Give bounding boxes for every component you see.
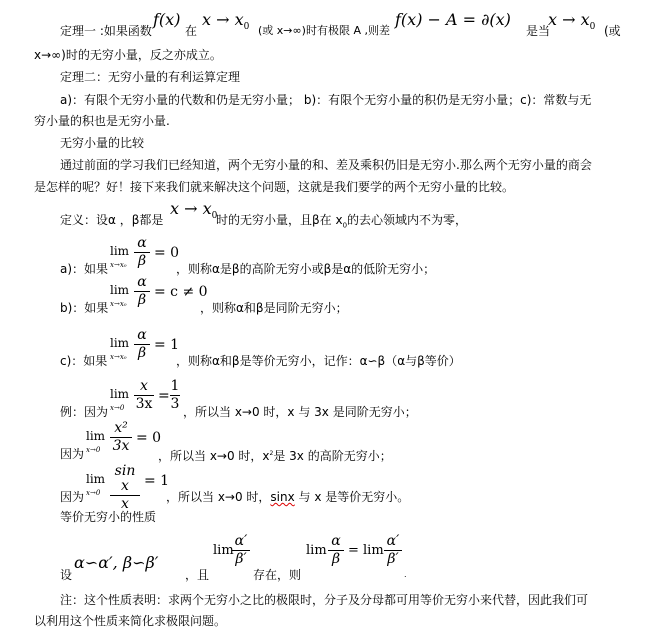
case-a-rhs: = 0 — [154, 245, 179, 261]
case-c-rhs: = 1 — [154, 337, 179, 353]
fraction-alpha-prime-beta-prime: α′β′ — [232, 534, 250, 567]
comparison-intro-2: 是怎样的呢？好！接下来我们就来解决这个问题，这就是我们要学的两个无穷小量的比较。 — [34, 180, 514, 194]
limit-operator: lim — [213, 544, 234, 558]
definition-prefix: 定义：设α ，β都是 — [60, 213, 163, 227]
note-line-1: 注：这个性质表明：求两个无穷小之比的极限时，分子及分母都可用等价无穷小来代替，因… — [60, 593, 588, 607]
equals-lim: = lim — [348, 544, 384, 558]
theorem2-line2: 穷小量的积也是无穷小量. — [34, 114, 170, 128]
example-1-label: 例：因为 — [60, 405, 108, 419]
fraction-alpha-prime-beta-prime: α′β′ — [384, 534, 402, 567]
theorem1-zai: 在 — [185, 24, 197, 38]
case-b-rhs: = c ≠ 0 — [154, 284, 208, 300]
formula-x-to-x0-def: x → x0 — [170, 202, 217, 223]
case-a-text: ，则称α是β的高阶无穷小或β是α的低阶无穷小； — [176, 262, 435, 276]
example-1-text: ，所以当 x→0 时，x 与 3x 是同阶无穷小； — [183, 405, 417, 419]
property-dot: . — [404, 568, 407, 582]
theorem1-or2: (或 — [604, 24, 621, 38]
property-qie: ，且 — [185, 568, 209, 582]
theorem1-shi-dang: 是当 — [526, 24, 550, 38]
formula-fx: f(x) — [153, 13, 180, 27]
property-she: 设 — [60, 568, 72, 582]
case-c-text: ，则称α和β是等价无穷小，记作：α∽β（α与β等价） — [176, 354, 461, 368]
case-b-label: b)：如果 — [60, 301, 108, 315]
comparison-heading: 无穷小量的比较 — [60, 136, 144, 150]
fraction-one-third: 13 — [170, 379, 180, 412]
theorem1-or-inf: (或 x→∞)时有极限 A ,则差 — [258, 24, 390, 38]
theorem1-line2: x→∞)时的无穷小量，反之亦成立。 — [34, 48, 222, 62]
case-c-label: c)：如果 — [60, 354, 107, 368]
note-line-2: 以利用这个性质来简化求极限问题。 — [34, 614, 226, 628]
definition-suffix: 时的无穷小量，且β在 x0的去心领域内不为零， — [216, 213, 467, 232]
property-cunzai: 存在，则 — [253, 568, 301, 582]
fraction-x-over-3x: x3x — [134, 379, 154, 412]
fraction-alpha-beta: αβ — [134, 275, 150, 308]
comparison-intro-1: 通过前面的学习我们已经知道，两个无穷小量的和、差及乘积仍旧是无穷小.那么两个无穷… — [60, 158, 592, 172]
example-2-label: 因为 — [60, 447, 84, 461]
example-3-rhs: = 1 — [144, 473, 169, 489]
fraction-alpha-beta: αβ — [134, 328, 150, 361]
fraction-sinx-over-x: sin xx — [110, 464, 140, 512]
fraction-alpha-beta: αβ — [328, 534, 344, 567]
example-3-label: 因为 — [60, 490, 84, 504]
fraction-alpha-beta: αβ — [134, 236, 150, 269]
example-2-rhs: = 0 — [136, 430, 161, 446]
formula-x-to-x0: x → x0 — [202, 13, 249, 34]
theorem2-line1: a)：有限个无穷小量的代数和仍是无穷小量； b)：有限个无穷小量的积仍是无穷小量… — [60, 93, 591, 107]
theorem1-prefix: 定理一 :如果函数 — [60, 24, 152, 38]
formula-diff: f(x) − A = ∂(x) — [395, 13, 511, 27]
formula-equivalences: α∽α′, β∽β′ — [74, 556, 158, 570]
case-a-label: a)：如果 — [60, 262, 108, 276]
example-2-text: ，所以当 x→0 时，x2是 3x 的高阶无穷小； — [158, 447, 392, 463]
example-3-text: ，所以当 x→0 时，sinx 与 x 是等价无穷小。 — [166, 490, 409, 504]
case-b-text: ，则称α和β是同阶无穷小； — [200, 301, 348, 315]
formula-x-to-x0-2: x → x0 — [548, 13, 595, 34]
fraction-x2-over-3x: x²3x — [110, 421, 132, 454]
equals-sign: = — [158, 388, 170, 404]
spellcheck-word-sinx: sinx — [270, 490, 294, 504]
property-heading: 等价无穷小的性质 — [60, 510, 156, 524]
theorem2-title: 定理二：无穷小量的有利运算定理 — [60, 70, 240, 84]
limit-operator: lim — [306, 544, 327, 558]
